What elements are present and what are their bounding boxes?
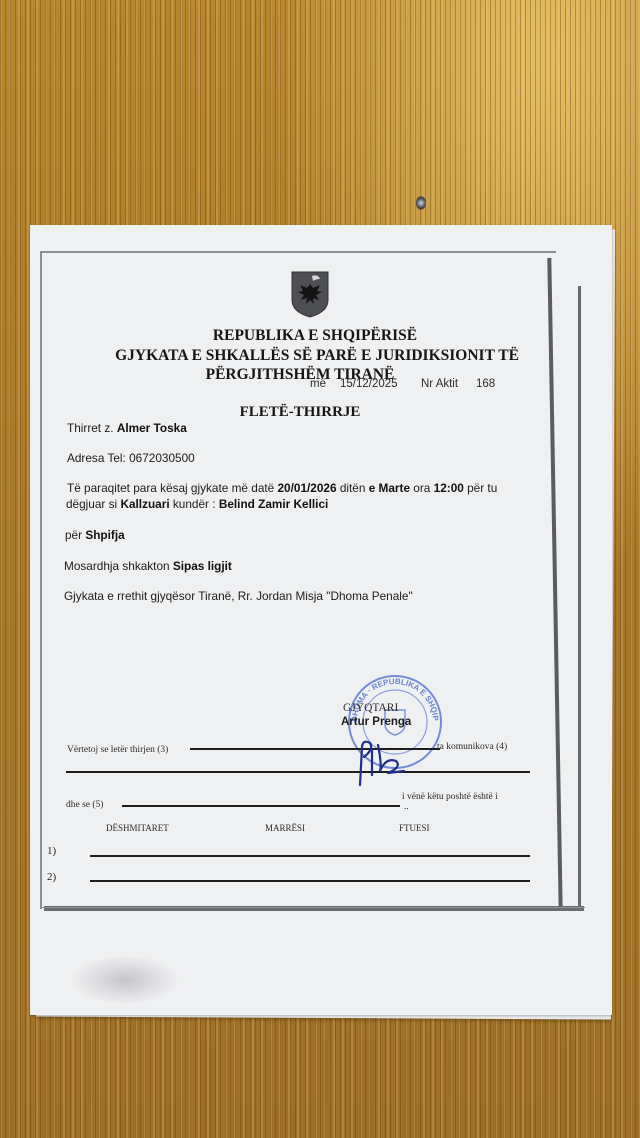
against-label: kundër :	[173, 497, 216, 511]
placed-below-cont: ..	[404, 802, 409, 812]
charge-label: për	[65, 528, 82, 542]
frame-border-bottom-inner	[40, 907, 585, 908]
witness-row-2-line[interactable]	[90, 880, 530, 882]
act-label: Nr Aktit	[421, 378, 458, 390]
hearing-day: e Marte	[369, 481, 410, 495]
judge-name: Artur Prenga	[341, 716, 411, 728]
hearing-time: 12:00	[434, 481, 464, 495]
address-phone: 0672030500	[129, 451, 195, 465]
summoned-name: Almer Toska	[117, 421, 187, 435]
court-location: Gjykata e rrethit gjyqësor Tiranë, Rr. J…	[64, 589, 413, 603]
day-label: ditën	[340, 481, 366, 495]
judge-signature-icon	[350, 735, 410, 790]
accused-name: Belind Zamir Kellici	[219, 497, 328, 511]
heard-as-label: dëgjuar si	[66, 497, 117, 511]
appearance-prefix: Të paraqitet para kësaj gjykate më datë	[67, 481, 274, 495]
header-court: GJYKATA E SHKALLËS SË PARË E JURIDIKSION…	[0, 347, 637, 365]
column-recipient: MARRËSI	[265, 823, 305, 833]
absence-line: Mosardhja shkakton Sipas ligjit	[64, 559, 232, 573]
communicated-label: ta komunikova (4)	[437, 742, 507, 752]
absence-label: Mosardhja shkakton	[64, 559, 170, 573]
date-label: më	[310, 378, 326, 390]
judge-label: GJYQTARI	[343, 702, 398, 714]
column-summoner: FTUESI	[399, 823, 430, 833]
appearance-line-1: Të paraqitet para kësaj gjykate më datë …	[67, 481, 497, 495]
albania-coat-of-arms-icon	[290, 270, 330, 318]
charge-value: Shpifja	[85, 528, 124, 542]
witness-row-1-line[interactable]	[90, 855, 530, 857]
address-line: Adresa Tel: 0672030500	[67, 451, 195, 465]
absence-consequence: Sipas ligjit	[173, 559, 232, 573]
summoned-label: Thirret z.	[67, 421, 114, 435]
certify-blank-3[interactable]	[122, 805, 400, 807]
document-title: FLETË-THIRRJE	[0, 404, 600, 421]
witness-row-2-number: 2)	[47, 871, 56, 883]
address-label: Adresa Tel:	[67, 451, 126, 465]
hearing-date: 20/01/2026	[278, 481, 337, 495]
header-republic: REPUBLIKA E SHQIPËRISË	[0, 327, 635, 345]
appearance-suffix: për tu	[467, 481, 497, 495]
summoned-role: Kallzuari	[120, 497, 169, 511]
certify-label: Vërtetoj se letër thirjen (3)	[67, 745, 168, 755]
appearance-line-2: dëgjuar si Kallzuari kundër : Belind Zam…	[66, 497, 328, 511]
summoned-line: Thirret z. Almer Toska	[67, 421, 187, 435]
act-number: 168	[476, 378, 495, 390]
certify-blank-2[interactable]	[66, 771, 530, 773]
charge-line: për Shpifja	[65, 528, 125, 542]
witness-row-1-number: 1)	[47, 845, 56, 857]
placed-below-label: i vënë këtu poshtë është i	[402, 792, 498, 802]
and-that-label: dhe se (5)	[66, 800, 103, 810]
desk-speck	[416, 196, 426, 210]
issue-date: 15/12/2025	[340, 378, 398, 390]
time-label: ora	[413, 481, 430, 495]
column-witnesses: DËSHMITARET	[106, 823, 169, 833]
paper-smudge	[70, 955, 180, 1005]
